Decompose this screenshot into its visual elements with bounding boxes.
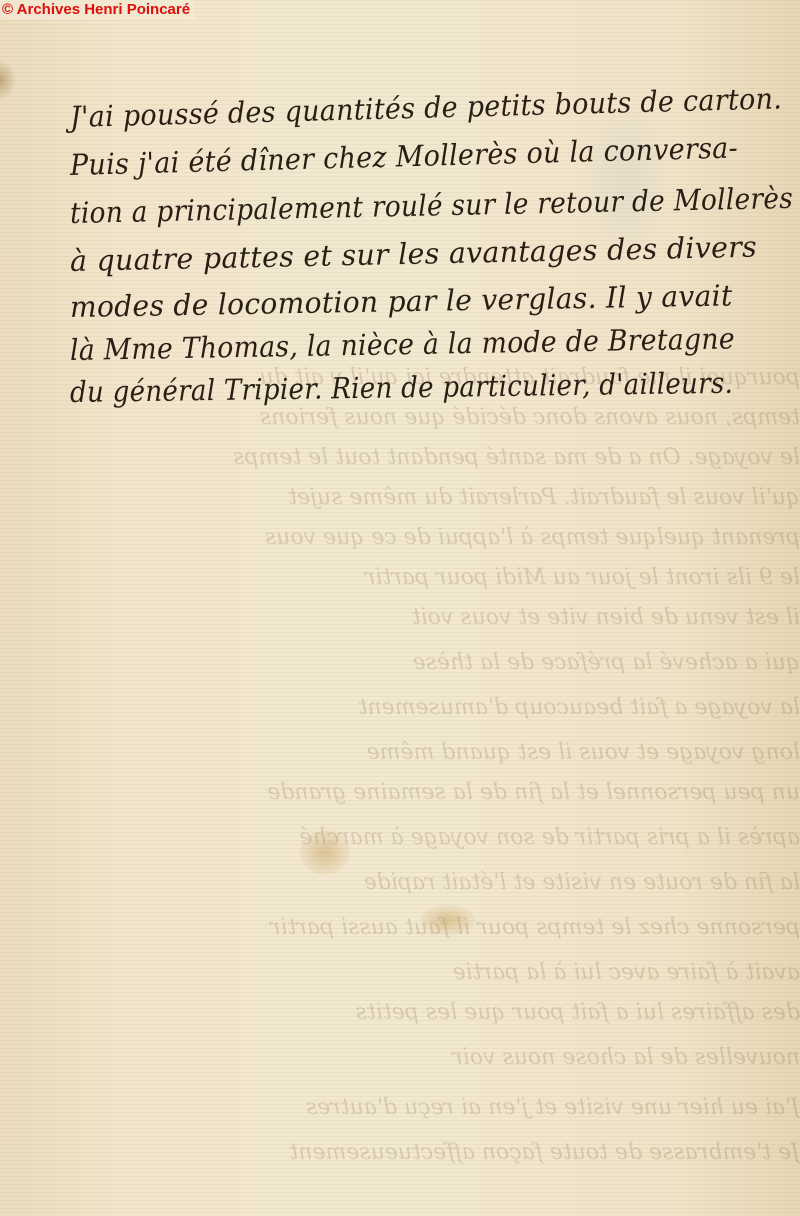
bleed-through-line: Je t'embrasse de toute façon affectueuse…	[60, 1140, 800, 1165]
bleed-through-line: long voyage et vous il est quand même	[60, 740, 800, 765]
bleed-through-line: des affaires lui a fait pour que les pet…	[60, 1000, 800, 1025]
bleed-through-line: nouvelles de la chose nous voir	[60, 1045, 800, 1070]
bleed-through-line: avait à faire avec lui à la partie	[60, 960, 800, 985]
bleed-through-line: il est venu de bien vite et vous voit	[60, 605, 800, 630]
bleed-through-line: qui a achevé la préface de la thèse	[60, 650, 800, 675]
bleed-through-line: le 9 ils iront le jour au Midi pour part…	[60, 565, 800, 590]
paper-stain	[0, 60, 16, 100]
paper-stain	[300, 830, 350, 875]
handwritten-line: tion a principalement roulé sur le retou…	[70, 181, 794, 230]
bleed-through-line: J'ai eu hier une visite et j'en ai reçu …	[60, 1095, 800, 1120]
bleed-through-line: après il a pris partir de son voyage à m…	[60, 825, 800, 850]
bleed-through-line: temps, nous avons donc décidé que nous f…	[60, 405, 800, 430]
handwritten-line: là Mme Thomas, la nièce à la mode de Bre…	[70, 321, 735, 367]
bleed-through-line: la voyage a fait beaucoup d'amusement	[60, 695, 800, 720]
bleed-through-line: prenant quelque temps à l'appui de ce qu…	[60, 525, 800, 550]
bleed-through-line: le voyage. On a de ma santé pendant tout…	[60, 445, 800, 470]
copyright-watermark: © Archives Henri Poincaré	[0, 0, 194, 20]
handwritten-line: J'ai poussé des quantités de petits bout…	[70, 81, 783, 134]
paper-stain	[420, 905, 475, 935]
handwritten-line: à quatre pattes et sur les avantages des…	[70, 230, 758, 278]
bleed-through-line: la fin de route en visite et l'était rap…	[60, 870, 800, 895]
bleed-through-line: un peu personnel et la fin de la semaine…	[60, 780, 800, 805]
handwritten-line: modes de locomotion par le verglas. Il y…	[70, 278, 733, 324]
manuscript-page: pourquoi il me faudrait attendre ici qu'…	[0, 0, 800, 1216]
bleed-through-line: qu'il vous le faudrait. Parlerait du mêm…	[60, 485, 800, 510]
